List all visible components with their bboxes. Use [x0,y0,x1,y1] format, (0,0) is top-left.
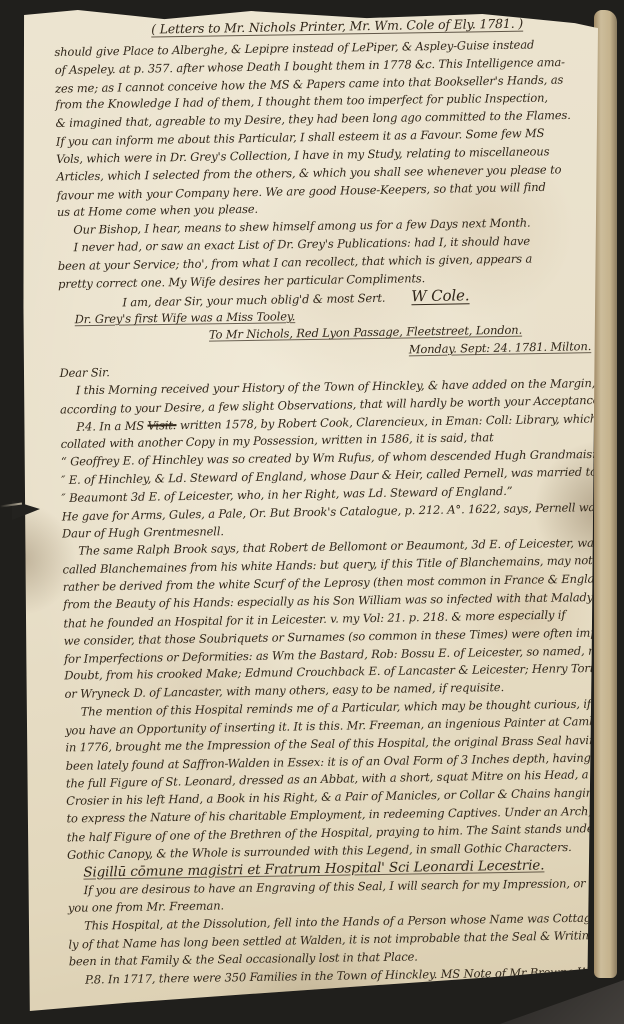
manuscript-page: ( Letters to Mr. Nichols Printer, Mr. Wm… [20,6,598,1012]
book-fore-edge [594,10,617,978]
signature: W Cole. [411,287,469,306]
struck-out-word: Visit: [147,418,176,432]
photograph-background: ( Letters to Mr. Nichols Printer, Mr. Wm… [0,0,624,1024]
manuscript-lines: should give Place to Alberghe, & Lepipre… [54,35,598,989]
handwritten-text-block: ( Letters to Mr. Nichols Printer, Mr. Wm… [54,13,598,989]
book-cover-corner [500,980,624,1024]
